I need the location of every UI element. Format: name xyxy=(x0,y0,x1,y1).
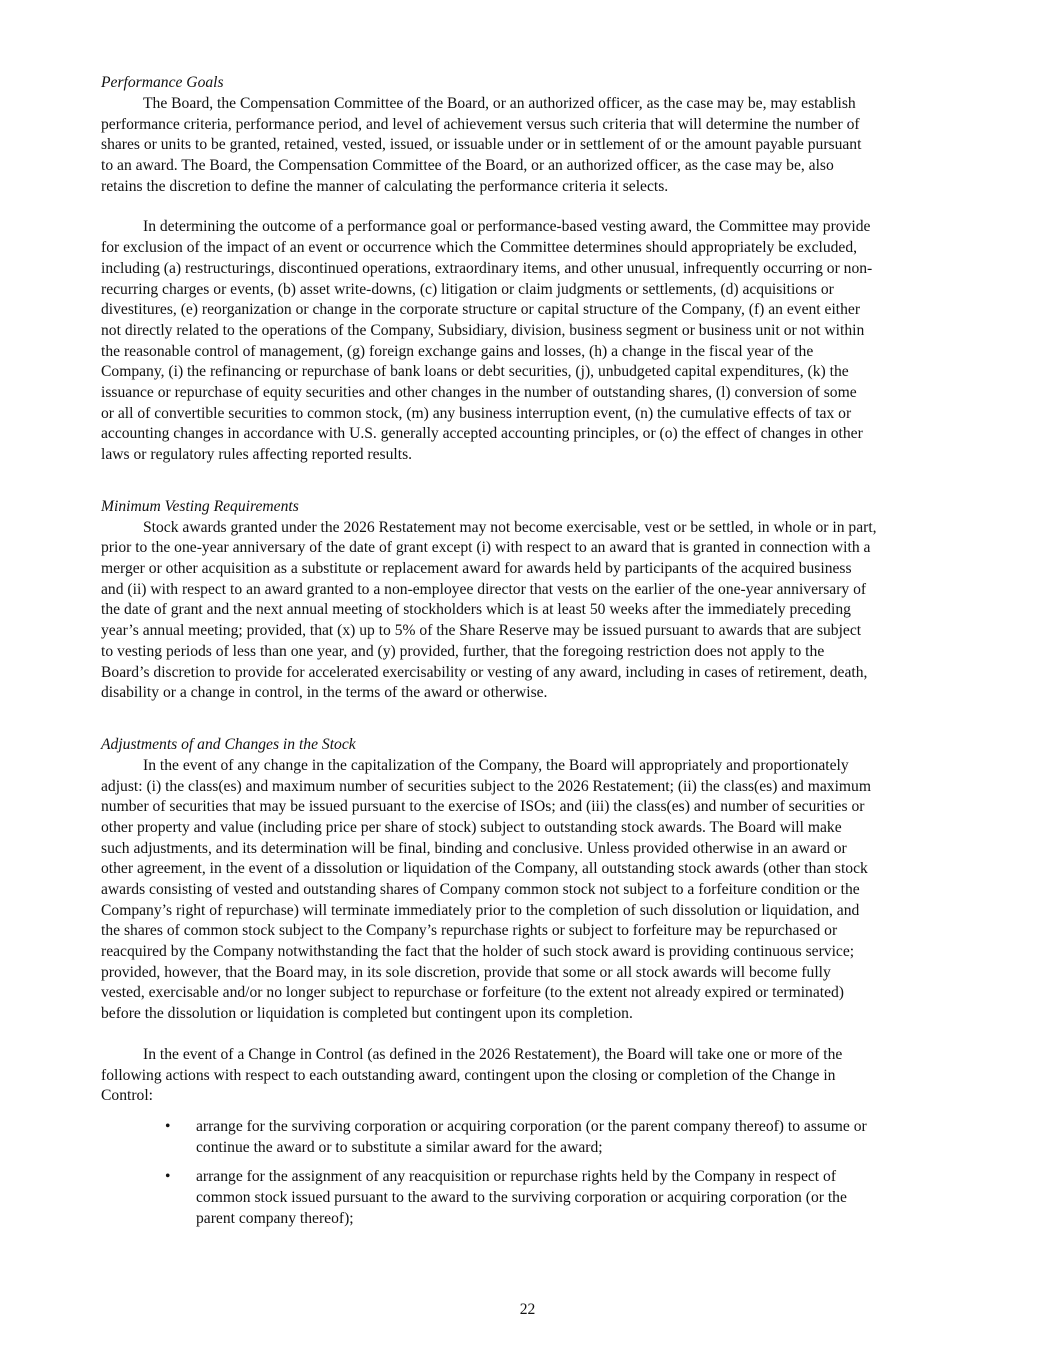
text-line: number of securities that may be issued … xyxy=(101,797,961,818)
text-line: arrange for the surviving corporation or… xyxy=(196,1117,961,1138)
text-line: performance criteria, performance period… xyxy=(101,115,961,136)
text-line: disability or a change in control, in th… xyxy=(101,683,961,704)
text-line: recurring charges or events, (b) asset w… xyxy=(101,280,961,301)
text-line: provided, however, that the Board may, i… xyxy=(101,963,961,984)
text-line: Control: xyxy=(101,1086,961,1107)
text-line: year’s annual meeting; provided, that (x… xyxy=(101,621,961,642)
text-line: In the event of any change in the capita… xyxy=(101,756,961,777)
text-line: the date of grant and the next annual me… xyxy=(101,600,961,621)
text-line: In determining the outcome of a performa… xyxy=(101,217,961,238)
bullet-item: • arrange for the surviving corporation … xyxy=(101,1117,961,1158)
paragraph-adjustments-1: In the event of any change in the capita… xyxy=(101,756,961,1025)
page-number: 22 xyxy=(0,1300,1055,1320)
text-line: or all of convertible securities to comm… xyxy=(101,404,961,425)
text-line: to vesting periods of less than one year… xyxy=(101,642,961,663)
bullet-item: • arrange for the assignment of any reac… xyxy=(101,1167,961,1229)
text-line: Company’s right of repurchase) will term… xyxy=(101,901,961,922)
text-line: Board’s discretion to provide for accele… xyxy=(101,663,961,684)
text-line: The Board, the Compensation Committee of… xyxy=(101,94,961,115)
paragraph-performance-goals-2: In determining the outcome of a performa… xyxy=(101,217,961,465)
text-line: reacquired by the Company notwithstandin… xyxy=(101,942,961,963)
text-line: Stock awards granted under the 2026 Rest… xyxy=(101,518,961,539)
text-line: including (a) restructurings, discontinu… xyxy=(101,259,961,280)
text-line: for exclusion of the impact of an event … xyxy=(101,238,961,259)
bullet-icon: • xyxy=(165,1117,170,1138)
text-line: to an award. The Board, the Compensation… xyxy=(101,156,961,177)
text-line: parent company thereof); xyxy=(196,1209,961,1230)
bullet-icon: • xyxy=(165,1167,170,1188)
text-line: other property and value (including pric… xyxy=(101,818,961,839)
text-line: accounting changes in accordance with U.… xyxy=(101,424,961,445)
text-line: awards consisting of vested and outstand… xyxy=(101,880,961,901)
text-line: issuance or repurchase of equity securit… xyxy=(101,383,961,404)
text-line: adjust: (i) the class(es) and maximum nu… xyxy=(101,777,961,798)
document-page: Performance Goals The Board, the Compens… xyxy=(101,72,961,1229)
text-line: not directly related to the operations o… xyxy=(101,321,961,342)
text-line: the shares of common stock subject to th… xyxy=(101,921,961,942)
paragraph-minimum-vesting-1: Stock awards granted under the 2026 Rest… xyxy=(101,518,961,704)
text-line: Company, (i) the refinancing or repurcha… xyxy=(101,362,961,383)
text-line: and (ii) with respect to an award grante… xyxy=(101,580,961,601)
text-line: such adjustments, and its determination … xyxy=(101,839,961,860)
text-line: before the dissolution or liquidation is… xyxy=(101,1004,961,1025)
text-line: prior to the one-year anniversary of the… xyxy=(101,538,961,559)
section-heading-performance-goals: Performance Goals xyxy=(101,72,961,94)
text-line: In the event of a Change in Control (as … xyxy=(101,1045,961,1066)
text-line: retains the discretion to define the man… xyxy=(101,177,961,198)
paragraph-adjustments-2: In the event of a Change in Control (as … xyxy=(101,1045,961,1107)
text-line: laws or regulatory rules affecting repor… xyxy=(101,445,961,466)
text-line: shares or units to be granted, retained,… xyxy=(101,135,961,156)
text-line: the reasonable control of management, (g… xyxy=(101,342,961,363)
text-line: continue the award or to substitute a si… xyxy=(196,1138,961,1159)
text-line: divestitures, (e) reorganization or chan… xyxy=(101,300,961,321)
text-line: arrange for the assignment of any reacqu… xyxy=(196,1167,961,1188)
section-heading-adjustments: Adjustments of and Changes in the Stock xyxy=(101,734,961,756)
text-line: following actions with respect to each o… xyxy=(101,1066,961,1087)
paragraph-performance-goals-1: The Board, the Compensation Committee of… xyxy=(101,94,961,197)
text-line: merger or other acquisition as a substit… xyxy=(101,559,961,580)
text-line: vested, exercisable and/or no longer sub… xyxy=(101,983,961,1004)
text-line: other agreement, in the event of a disso… xyxy=(101,859,961,880)
section-heading-minimum-vesting: Minimum Vesting Requirements xyxy=(101,496,961,518)
text-line: common stock issued pursuant to the awar… xyxy=(196,1188,961,1209)
